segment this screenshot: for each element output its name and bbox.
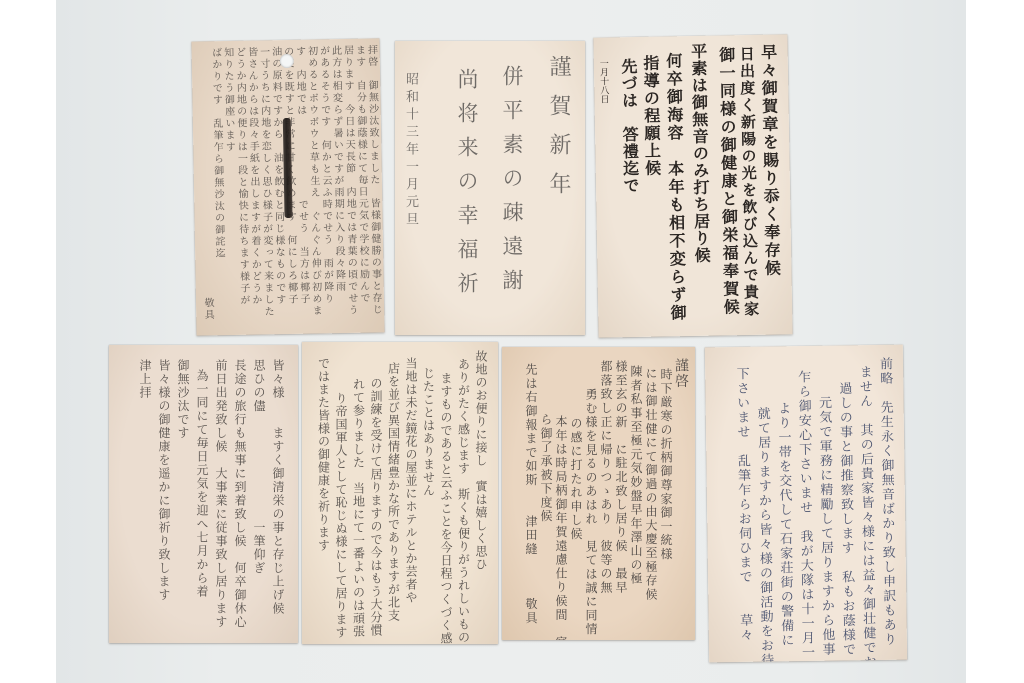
handwritten-line: 前日出発致し候 大事業に従事致し居ります (211, 359, 230, 643)
postcard-bottom-4: 前略 先生永く御無音ばかり致し申訳もあり ません 其の后貴家皆々様には益々御壮健… (705, 345, 907, 663)
handwritten-line: には御壮健にて御過の由大慶至極存候 (643, 347, 658, 640)
handwritten-line: 様至玄の新 に駐北致し居り候 最早 (613, 347, 628, 640)
handwritten-line: ではまた皆様の御健康を祈ります (314, 342, 332, 644)
handwritten-line: 店を並び異国情緒豊かな所でありますが北支 (384, 342, 402, 644)
handwritten-line: ありがたく感じます 斯くも便りがうれしいもの (454, 342, 472, 644)
message-body: 故地のお便りに接し 實は嬉しく思ひ ありがたく感じます 斯くも便りがうれしいもの… (302, 342, 498, 644)
handwritten-line: 長途の旅行も無事に到着致し候 何卒御休心 (230, 359, 249, 643)
handwritten-line: り帝国軍人として恥じぬ様にして居ります (332, 342, 350, 644)
handwritten-line: れて参りました 当地にて一番よいのは頑張 (349, 342, 367, 644)
postcard-top-left: 拝啓 御無沙汰致しました 皆様御健勝の事と存じ ます 自分も御蔭様にて毎日元気で… (191, 38, 384, 335)
signature: 津上拝 (135, 359, 154, 643)
postcard-bottom-1: 皆々様 ますく御清栄の事と存じ上げ候 思ひの儘 一筆仰ぎ 長途の旅行も無事に到着… (109, 345, 298, 643)
handwritten-line: 日出度く新陽の光を飲び込んで貴家 (739, 46, 759, 318)
postcard-bottom-3: 謹啓 時下厳寒の折柄御尊家御一統様 には御壮健にて御過の由大慶至極存候 陳者私事… (502, 347, 695, 640)
handwritten-line: 皆々様の御健康を遥かに御祈り致します (154, 359, 173, 643)
handwritten-line: の訓練を受けて居りますので今はもう大分慣 (367, 342, 385, 644)
handwritten-line: 本年は時局柄御年賀遠慮仕り候間 寔か (553, 347, 568, 640)
handwritten-line: 勇む様を見るのあはれ 見ては誠に同情 (583, 347, 598, 640)
handwritten-line: 為一同にて毎日元気を迎へ七月から着 (192, 359, 211, 643)
handwritten-line: 御無沙汰です (173, 359, 192, 643)
handwritten-line: 下さいませ 乱筆乍らお伺ひまで 草々 (730, 347, 755, 662)
handwritten-line: 時下厳寒の折柄御尊家御一統様 (658, 347, 673, 640)
handwritten-line: 皆々様 ますく御清栄の事と存じ上げ候 (268, 359, 287, 643)
handwritten-line: 尚将来の幸福祈 (456, 68, 477, 306)
handwritten-line: 御一同様の御健康と御栄福奉賀候 (718, 46, 739, 316)
handwritten-line: 都落致し正に帰りつゝあり 彼等の無 (598, 347, 613, 640)
date-line: 一月十八日 (598, 58, 608, 103)
handwritten-line: 陳者私事至極元気妙盤早年澤山の極 (628, 347, 643, 640)
handwritten-line: 先は右御報まで如斯 津田縫 敬具 (523, 347, 538, 640)
handwritten-line: 何卒御海容 本年も相不変らず御 (665, 52, 686, 322)
handwritten-line: 早々御賀章を賜り忝く奉存候 (760, 44, 780, 278)
postcard-top-right: 早々御賀章を賜り忝く奉存候 日出度く新陽の光を飲び込んで貴家 御一同様の御健康と… (593, 34, 792, 337)
handwritten-line: 指導の程願上候 (642, 55, 660, 178)
postcard-top-middle: 謹賀新年 併平素の疎遠謝 尚将来の幸福祈 昭和十三年一月元旦 (395, 41, 585, 335)
message-body: 前略 先生永く御無音ばかり致し申訳もあり ません 其の后貴家皆々様には益々御壮健… (705, 345, 907, 663)
handwritten-line: 故地のお便りに接し 實は嬉しく思ひ (472, 342, 490, 644)
message-body: 皆々様 ますく御清栄の事と存じ上げ候 思ひの儘 一筆仰ぎ 長途の旅行も無事に到着… (109, 345, 298, 643)
handwritten-line: ら御了承被下度候 (538, 347, 553, 640)
handwritten-line: 当地は未だ鏡花の屋並にホテルとか芸者や (402, 342, 420, 644)
message-body: 謹啓 時下厳寒の折柄御尊家御一統様 には御壮健にて御過の由大慶至極存候 陳者私事… (502, 347, 695, 640)
date-line: 昭和十三年一月元旦 (404, 72, 417, 230)
greeting-heading: 謹賀新年 (547, 55, 569, 211)
handwritten-line: 平素は御無音のみ打ち居り候 (690, 43, 710, 264)
handwritten-line: 思ひの儘 一筆仰ぎ (249, 359, 268, 643)
handwritten-line: の感に打たれ申し候 (568, 347, 583, 640)
handwritten-line: 併平素の疎遠謝 (501, 65, 522, 303)
handwritten-line: じたことはありません (419, 342, 437, 644)
handwritten-line: ますものであると云ふことを今日程つくづく感 (437, 342, 455, 644)
handwritten-line: 先づは 答禮迄で (620, 58, 638, 194)
postcard-bottom-2: 故地のお便りに接し 實は嬉しく思ひ ありがたく感じます 斯くも便りがうれしいもの… (302, 342, 498, 644)
salutation: 謹啓 (673, 347, 688, 640)
